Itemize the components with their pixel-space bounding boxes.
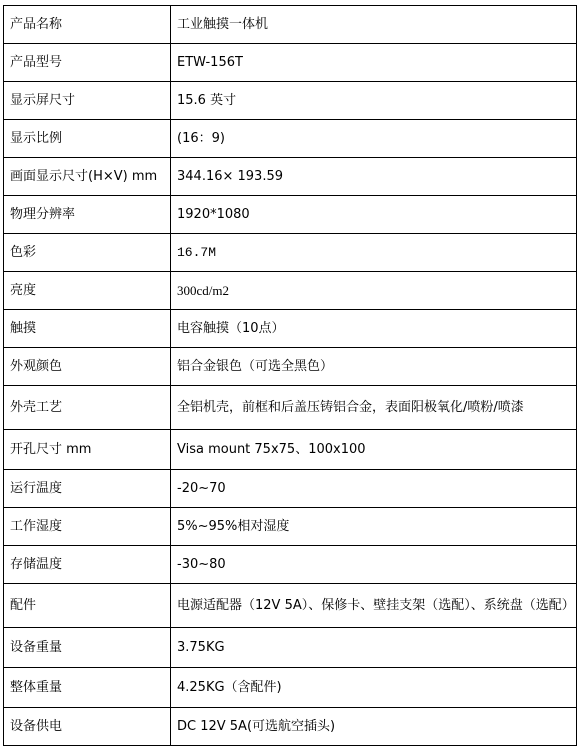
- row-value: 全铝机壳，前框和后盖压铸铝合金，表面阳极氧化/喷粉/喷漆: [171, 386, 577, 430]
- row-value: 4.25KG（含配件): [171, 668, 577, 708]
- table-row-colors: 色彩 16.7M: [4, 234, 577, 272]
- table-row-device-weight: 设备重量 3.75KG: [4, 628, 577, 668]
- row-label: 亮度: [4, 272, 171, 310]
- row-value: 电源适配器（12V 5A）、保修卡、壁挂支架（选配）、系统盘（选配）: [171, 584, 577, 628]
- table-row-housing-process: 外壳工艺 全铝机壳，前框和后盖压铸铝合金，表面阳极氧化/喷粉/喷漆: [4, 386, 577, 430]
- table-row-aspect-ratio: 显示比例 (16：9): [4, 120, 577, 158]
- row-label: 产品名称: [4, 6, 171, 44]
- table-row-display-area: 画面显示尺寸(H×V) mm 344.16× 193.59: [4, 158, 577, 196]
- row-label: 外观颜色: [4, 348, 171, 386]
- row-value: 1920*1080: [171, 196, 577, 234]
- row-label: 物理分辨率: [4, 196, 171, 234]
- table-row-brightness: 亮度 300cd/m2: [4, 272, 577, 310]
- table-row-operating-temp: 运行温度 -20~70: [4, 470, 577, 508]
- row-label: 设备供电: [4, 708, 171, 746]
- row-value: 3.75KG: [171, 628, 577, 668]
- table-row-resolution: 物理分辨率 1920*1080: [4, 196, 577, 234]
- table-row-product-name: 产品名称 工业触摸一体机: [4, 6, 577, 44]
- row-label: 运行温度: [4, 470, 171, 508]
- table-row-touch: 触摸 电容触摸（10点）: [4, 310, 577, 348]
- table-row-accessories: 配件 电源适配器（12V 5A）、保修卡、壁挂支架（选配）、系统盘（选配）: [4, 584, 577, 628]
- row-label: 色彩: [4, 234, 171, 272]
- row-value: 300cd/m2: [171, 272, 577, 310]
- row-label: 产品型号: [4, 44, 171, 82]
- row-value: 电容触摸（10点）: [171, 310, 577, 348]
- row-value: 铝合金银色（可选全黑色）: [171, 348, 577, 386]
- row-value: -30~80: [171, 546, 577, 584]
- row-label: 触摸: [4, 310, 171, 348]
- table-row-screen-size: 显示屏尺寸 15.6 英寸: [4, 82, 577, 120]
- row-label: 设备重量: [4, 628, 171, 668]
- table-row-storage-temp: 存储温度 -30~80: [4, 546, 577, 584]
- row-value: DC 12V 5A(可选航空插头): [171, 708, 577, 746]
- row-value: 15.6 英寸: [171, 82, 577, 120]
- row-label: 存储温度: [4, 546, 171, 584]
- table-row-humidity: 工作湿度 5%~95%相对湿度: [4, 508, 577, 546]
- row-value: -20~70: [171, 470, 577, 508]
- row-value: 工业触摸一体机: [171, 6, 577, 44]
- row-value: (16：9): [171, 120, 577, 158]
- table-row-mount-size: 开孔尺寸 mm Visa mount 75x75、100x100: [4, 430, 577, 470]
- table-row-total-weight: 整体重量 4.25KG（含配件): [4, 668, 577, 708]
- row-label: 开孔尺寸 mm: [4, 430, 171, 470]
- spec-table: 产品名称 工业触摸一体机 产品型号 ETW-156T 显示屏尺寸 15.6 英寸…: [3, 5, 577, 746]
- row-value: 344.16× 193.59: [171, 158, 577, 196]
- row-value: 16.7M: [171, 234, 577, 272]
- row-label: 整体重量: [4, 668, 171, 708]
- row-label: 配件: [4, 584, 171, 628]
- table-row-power-supply: 设备供电 DC 12V 5A(可选航空插头): [4, 708, 577, 746]
- table-row-model: 产品型号 ETW-156T: [4, 44, 577, 82]
- row-label: 显示比例: [4, 120, 171, 158]
- row-value: Visa mount 75x75、100x100: [171, 430, 577, 470]
- row-label: 外壳工艺: [4, 386, 171, 430]
- row-label: 显示屏尺寸: [4, 82, 171, 120]
- row-label: 工作湿度: [4, 508, 171, 546]
- row-value: 5%~95%相对湿度: [171, 508, 577, 546]
- row-label: 画面显示尺寸(H×V) mm: [4, 158, 171, 196]
- row-value: ETW-156T: [171, 44, 577, 82]
- table-row-appearance-color: 外观颜色 铝合金银色（可选全黑色）: [4, 348, 577, 386]
